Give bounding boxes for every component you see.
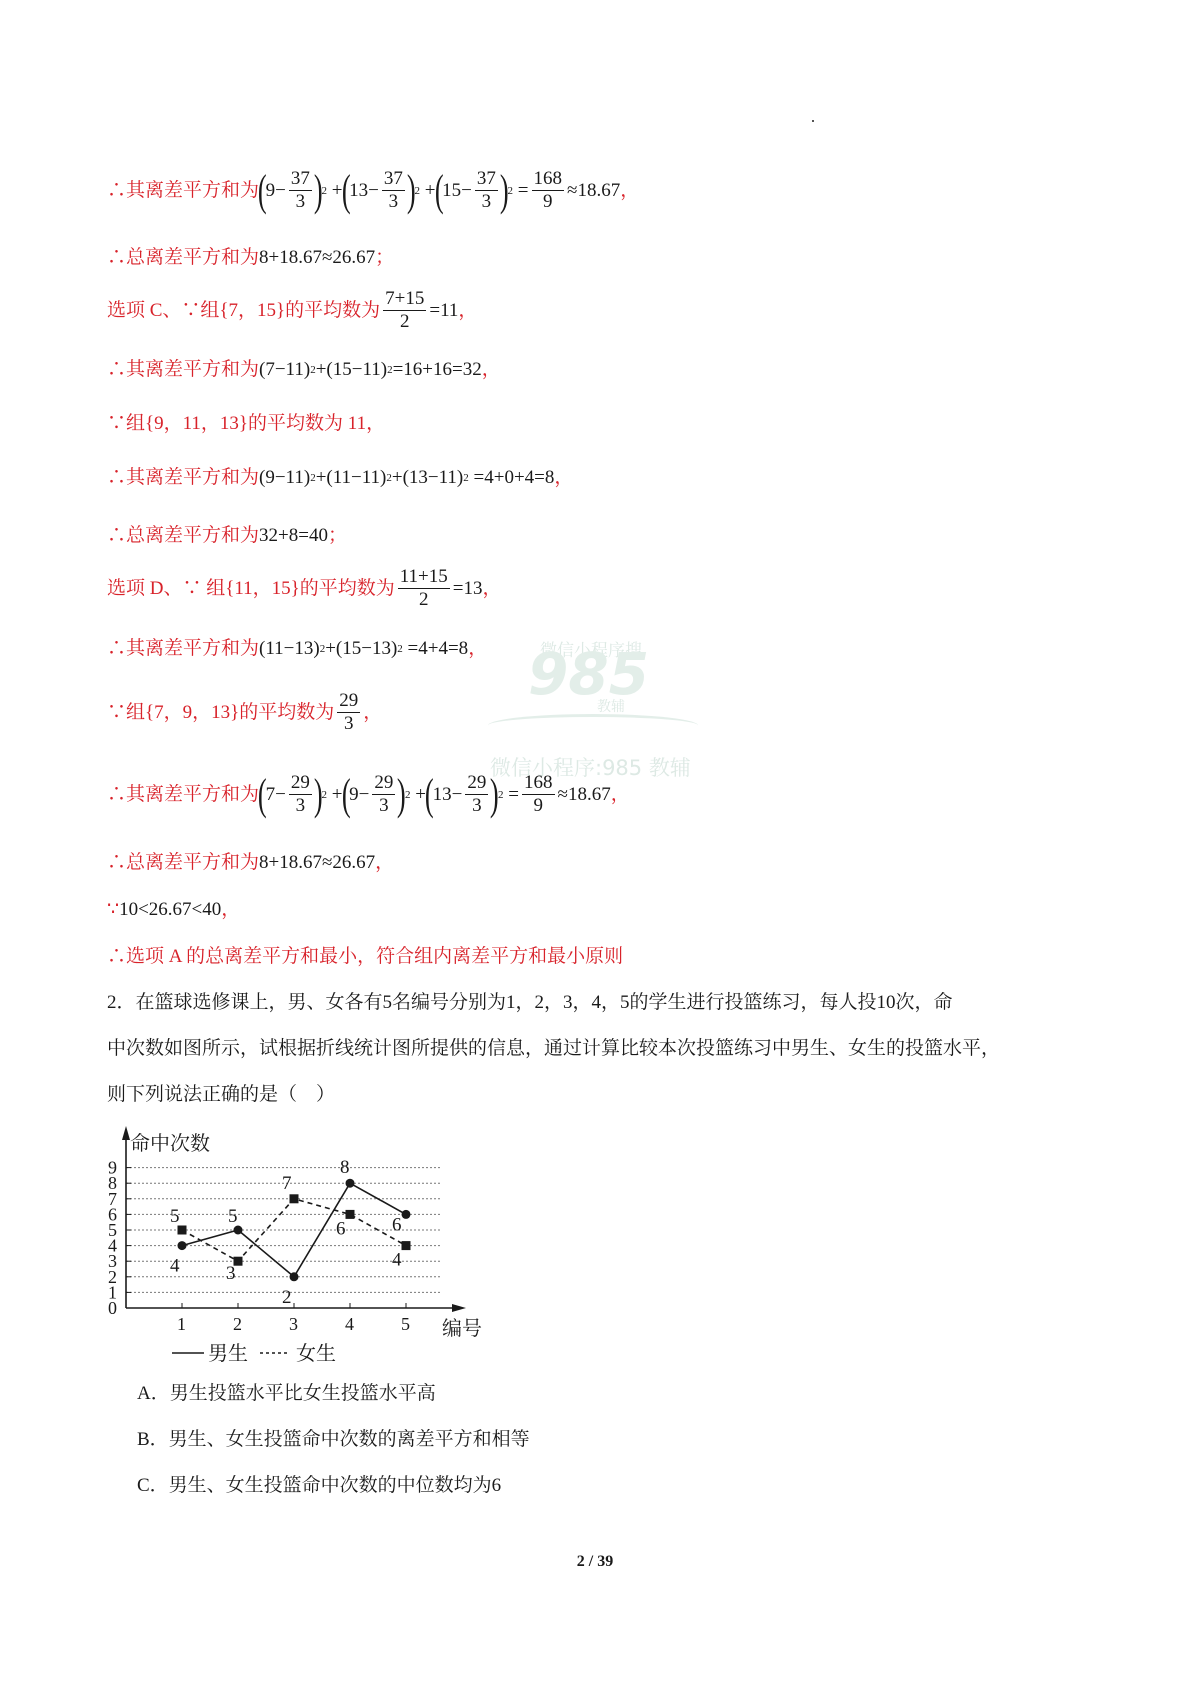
text: 选项 C、∵组{7，15}的平均数为 [107, 298, 380, 324]
data-label: 8 [340, 1157, 350, 1178]
solution-line: 选项 D、∵ 组{11，15}的平均数为 11+152=13 ， [107, 566, 502, 611]
watermark-text: 微信小程序搜 [540, 636, 642, 661]
punct: ， [483, 576, 502, 602]
page-number: 2 / 39 [0, 1553, 1190, 1571]
data-point [402, 1210, 411, 1219]
punct: ， [458, 298, 477, 324]
text: ∴总离差平方和为 [107, 523, 259, 549]
solution-line: ∴其离差平方和为 (9−11)2+(11−11)2+(13−11)2 =4+0+… [107, 465, 573, 491]
data-label: 5 [170, 1206, 180, 1227]
math-expression: (7−293)2 +(9−293)2 +(13−293)2 =1689≈18.6… [259, 772, 611, 817]
punct: ， [611, 782, 630, 808]
data-point [290, 1272, 299, 1281]
data-label: 4 [392, 1250, 402, 1271]
data-label: 6 [392, 1214, 402, 1235]
x-tick-label: 4 [345, 1314, 354, 1334]
x-tick-label: 3 [289, 1314, 298, 1334]
x-tick-label: 1 [177, 1314, 186, 1334]
data-point [346, 1179, 355, 1188]
math-expression: (9−11)2+(11−11)2+(13−11)2 =4+0+4=8 [259, 465, 554, 491]
watermark-text: 教辅 [597, 696, 625, 716]
x-tick-label: 5 [401, 1314, 410, 1334]
math-expression: 11+152=13 [395, 566, 483, 611]
y-axis-arrow-icon [122, 1126, 130, 1140]
solution-line: ∴总离差平方和为 32+8=40 ； [107, 523, 347, 549]
because-symbol: ∵ [107, 897, 119, 923]
x-axis-arrow-icon [452, 1304, 466, 1312]
data-point [346, 1210, 355, 1219]
math-expression: 8+18.67≈26.67 [259, 245, 375, 271]
punct: ， [554, 465, 573, 491]
x-axis-label: 编号 [442, 1317, 482, 1340]
question-text-line: 则下列说法正确的是（ ） [107, 1082, 335, 1108]
text: ∴其离差平方和为 [107, 178, 259, 204]
y-axis-label: 命中次数 [130, 1132, 210, 1155]
solution-line: ∴其离差平方和为 (7−11)2+(15−11)2=16+16=32 ， [107, 357, 501, 383]
solution-line: ∵组{9，11，13}的平均数为 11， [107, 411, 385, 437]
solution-line: ∴总离差平方和为 8+18.67≈26.67 ； [107, 245, 394, 271]
math-expression: (9−373)2 +(13−373)2 +(15−373)2 =1689≈18.… [259, 168, 620, 213]
solution-line: ∵组{7，9，13}的平均数为 293 ， [107, 690, 382, 735]
punct: ， [375, 850, 394, 876]
solution-line: ∴总离差平方和为 8+18.67≈26.67 ， [107, 850, 394, 876]
watermark-book-icon [488, 714, 698, 737]
text: ∴总离差平方和为 [107, 245, 259, 271]
punct: ， [482, 357, 501, 383]
data-label: 3 [226, 1263, 236, 1284]
solution-line: 选项 C、∵组{7，15}的平均数为 7+152=11 ， [107, 288, 477, 333]
math-expression: (7−11)2+(15−11)2=16+16=32 [259, 357, 482, 383]
solution-line: ∴其离差平方和为 (9−373)2 +(13−373)2 +(15−373)2 … [107, 168, 639, 213]
data-point [402, 1241, 411, 1250]
math-expression: 32+8=40 [259, 523, 328, 549]
legend-label: 女生 [296, 1342, 336, 1365]
data-label: 6 [336, 1218, 346, 1239]
stray-dot [812, 120, 814, 122]
punct: ， [468, 636, 487, 662]
text: ∵组{7，9，13}的平均数为 [107, 700, 334, 726]
punct: ； [328, 523, 347, 549]
text: ∴总离差平方和为 [107, 850, 259, 876]
data-point [178, 1241, 187, 1250]
solution-line: ∵ 10<26.67<40 ， [107, 897, 240, 923]
option-b[interactable]: B．男生、女生投篮命中次数的离差平方和相等 [137, 1424, 530, 1451]
question-text-line: 2．在篮球选修课上，男、女各有5名编号分别为1，2，3，4，5的学生进行投篮练习… [107, 990, 953, 1016]
punct: ， [620, 178, 639, 204]
text: ∴其离差平方和为 [107, 636, 259, 662]
data-label: 4 [170, 1256, 180, 1277]
option-a[interactable]: A．男生投篮水平比女生投篮水平高 [137, 1378, 436, 1405]
data-label: 7 [282, 1173, 292, 1194]
text: ∴其离差平方和为 [107, 465, 259, 491]
punct: ， [363, 700, 382, 726]
y-tick-label: 9 [108, 1158, 117, 1178]
data-label: 2 [282, 1287, 292, 1308]
solution-line: ∴其离差平方和为 (7−293)2 +(9−293)2 +(13−293)2 =… [107, 772, 630, 817]
math-expression: 8+18.67≈26.67 [259, 850, 375, 876]
text: ∴其离差平方和为 [107, 357, 259, 383]
math-expression: 10<26.67<40 [119, 897, 221, 923]
option-c[interactable]: C．男生、女生投篮命中次数的中位数均为6 [137, 1470, 501, 1497]
text: ∴其离差平方和为 [107, 782, 259, 808]
math-expression: 293 [334, 690, 363, 735]
text: 选项 D、∵ 组{11，15}的平均数为 [107, 576, 395, 602]
data-label: 5 [228, 1206, 238, 1227]
line-chart: 0123456789命中次数编号123454528653764男生女生 [100, 1120, 500, 1370]
legend-label: 男生 [208, 1342, 248, 1365]
math-expression: 7+152=11 [380, 288, 458, 333]
chart-canvas: 0123456789命中次数编号123454528653764男生女生 [100, 1120, 500, 1370]
watermark-logo: 985 [528, 640, 649, 708]
punct: ， [221, 897, 240, 923]
data-point [290, 1194, 299, 1203]
math-expression: (11−13)2+(15−13)2 =4+4=8 [259, 636, 468, 662]
question-text-line: 中次数如图所示，试根据折线统计图所提供的信息，通过计算比较本次投篮练习中男生、女… [107, 1036, 1000, 1062]
x-tick-label: 2 [233, 1314, 242, 1334]
solution-line: ∴其离差平方和为 (11−13)2+(15−13)2 =4+4=8 ， [107, 636, 487, 662]
solution-conclusion: ∴选项 A 的总离差平方和最小，符合组内离差平方和最小原则 [107, 944, 623, 970]
punct: ； [375, 245, 394, 271]
